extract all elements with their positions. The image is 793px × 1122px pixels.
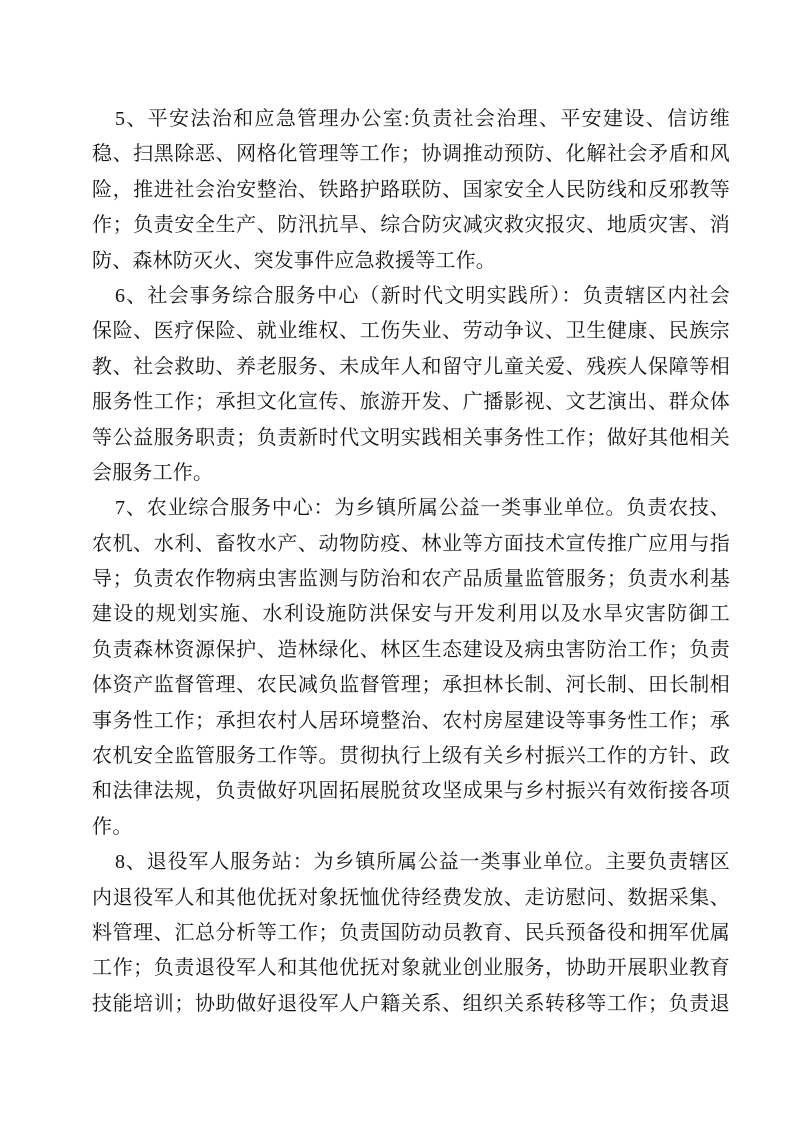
text-line: 保险、医疗保险、就业维权、工伤失业、劳动争议、卫生健康、民族宗 [92,314,730,349]
text-line: 8、退役军人服务站：为乡镇所属公益一类事业单位。主要负责辖区 [92,845,730,880]
paragraph-6: 6、社会事务综合服务中心（新时代文明实践所）：负责辖区内社会保险、医疗保险、就业… [92,279,730,491]
text-line: 防、森林防灭火、突发事件应急救援等工作。 [92,244,730,279]
text-line: 等公益服务职责；负责新时代文明实践相关事务性工作；做好其他相关社 [92,421,730,456]
text-line: 负责森林资源保护、造林绿化、林区生态建设及病虫害防治工作；负责集 [92,633,730,668]
text-line: 导；负责农作物病虫害监测与防治和农产品质量监管服务；负责水利基本 [92,562,730,597]
text-line: 和法律法规，负责做好巩固拓展脱贫攻坚成果与乡村振兴有效衔接各项工 [92,774,730,809]
text-line: 7、农业综合服务中心：为乡镇所属公益一类事业单位。负责农技、 [92,491,730,526]
text-line: 内退役军人和其他优抚对象抚恤优待经费发放、走访慰问、数据采集、资 [92,881,730,916]
text-line: 稳、扫黑除恶、网格化管理等工作；协调推动预防、化解社会矛盾和风 [92,137,730,172]
document-page: 5、平安法治和应急管理办公室:负责社会治理、平安建设、信访维稳、扫黑除恶、网格化… [0,0,793,1122]
text-line: 作。 [92,810,730,845]
text-line: 6、社会事务综合服务中心（新时代文明实践所）：负责辖区内社会 [92,279,730,314]
text-line: 体资产监督管理、农民减负监督管理；承担林长制、河长制、田长制相关 [92,668,730,703]
paragraph-8: 8、退役军人服务站：为乡镇所属公益一类事业单位。主要负责辖区内退役军人和其他优抚… [92,845,730,1022]
text-line: 工作；负责退役军人和其他优抚对象就业创业服务，协助开展职业教育和 [92,951,730,986]
text-line: 建设的规划实施、水利设施防洪保安与开发利用以及水旱灾害防御工作； [92,597,730,632]
paragraph-5: 5、平安法治和应急管理办公室:负责社会治理、平安建设、信访维稳、扫黑除恶、网格化… [92,102,730,279]
text-line: 农机、水利、畜牧水产、动物防疫、林业等方面技术宣传推广应用与指 [92,527,730,562]
text-line: 事务性工作；承担农村人居环境整治、农村房屋建设等事务性工作；承担 [92,704,730,739]
text-line: 险，推进社会治安整治、铁路护路联防、国家安全人民防线和反邪教等工 [92,173,730,208]
text-line: 作；负责安全生产、防汛抗旱、综合防灾减灾救灾报灾、地质灾害、消 [92,208,730,243]
text-line: 料管理、汇总分析等工作；负责国防动员教育、民兵预备役和拥军优属等 [92,916,730,951]
text-line: 5、平安法治和应急管理办公室:负责社会治理、平安建设、信访维 [92,102,730,137]
text-line: 会服务工作。 [92,456,730,491]
text-line: 技能培训；协助做好退役军人户籍关系、组织关系转移等工作；负责退役 [92,987,730,1022]
text-line: 农机安全监管服务工作等。贯彻执行上级有关乡村振兴工作的方针、政策 [92,739,730,774]
text-line: 教、社会救助、养老服务、未成年人和留守儿童关爱、残疾人保障等相关 [92,350,730,385]
document-body: 5、平安法治和应急管理办公室:负责社会治理、平安建设、信访维稳、扫黑除恶、网格化… [92,102,730,1022]
text-line: 服务性工作；承担文化宣传、旅游开发、广播影视、文艺演出、群众体育 [92,385,730,420]
paragraph-7: 7、农业综合服务中心：为乡镇所属公益一类事业单位。负责农技、农机、水利、畜牧水产… [92,491,730,845]
